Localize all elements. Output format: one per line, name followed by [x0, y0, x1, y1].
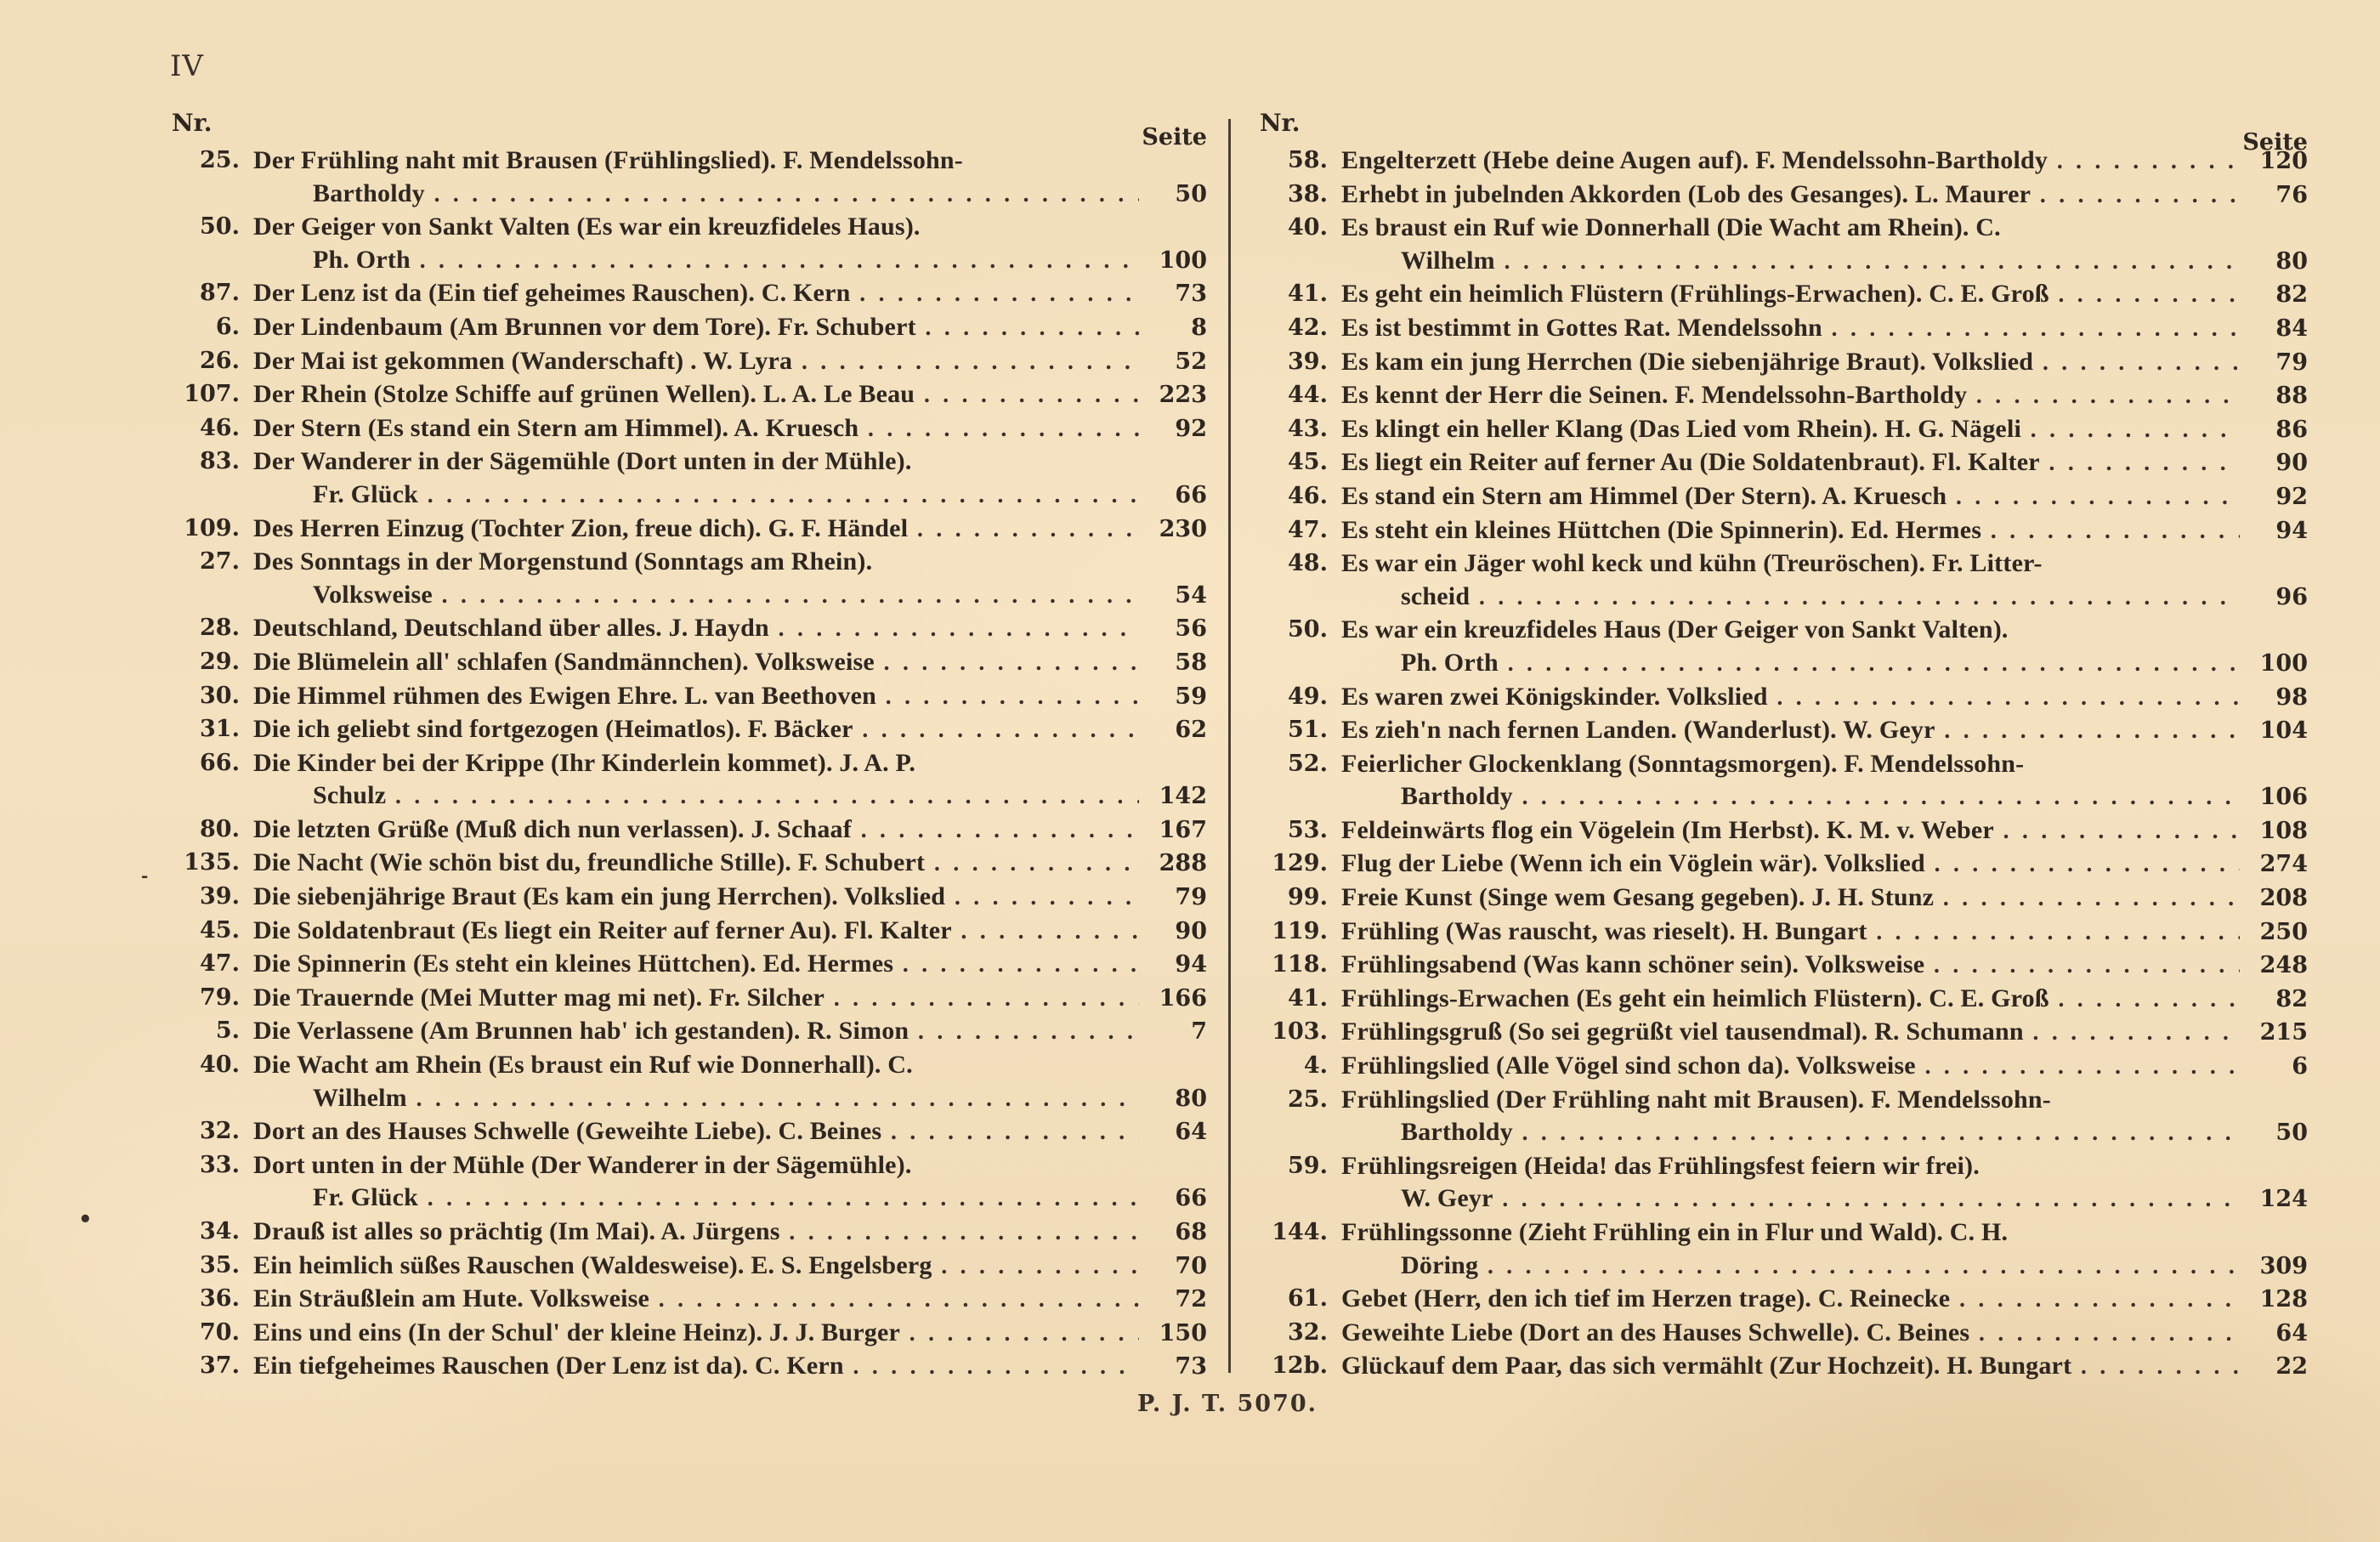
- dot-leader: ........................................…: [890, 1116, 1139, 1149]
- entry-title: Engelterzett (Hebe deine Augen auf). F. …: [1341, 145, 2048, 178]
- dot-leader: ........................................…: [1942, 882, 2240, 916]
- entry-title: Der Wanderer in der Sägemühle (Dort unte…: [253, 445, 912, 479]
- dot-leader: ........................................…: [1487, 1250, 2240, 1284]
- dot-leader: ........................................…: [1958, 1284, 2240, 1317]
- entry-line: Die Kinder bei der Krippe (Ihr Kinderlei…: [253, 747, 1207, 780]
- entry-line: Der Lenz ist da (Ein tief geheimes Rausc…: [253, 277, 1207, 311]
- index-entry: 29.Die Blümelein all' schlafen (Sandmänn…: [161, 646, 1207, 680]
- entry-page-number: 215: [2248, 1017, 2308, 1050]
- entry-page-number: 54: [1147, 580, 1207, 613]
- entry-title: Döring: [1401, 1250, 1478, 1283]
- entry-number: 135.: [161, 847, 240, 880]
- index-entry: 4.Frühlingslied (Alle Vögel sind schon d…: [1249, 1050, 2308, 1084]
- dot-leader: ........................................…: [1831, 313, 2240, 346]
- entry-page-number: 90: [2248, 447, 2308, 480]
- entry-number: 46.: [1249, 480, 1328, 513]
- index-entry: 80.Die letzten Grüße (Muß dich nun verla…: [161, 814, 1207, 848]
- entry-number: 31.: [161, 713, 240, 746]
- dot-leader: ........................................…: [902, 949, 1139, 982]
- index-entry: 33.Dort unten in der Mühle (Der Wanderer…: [161, 1149, 1207, 1216]
- dot-leader: ........................................…: [933, 848, 1139, 881]
- entry-page-number: 92: [1147, 413, 1207, 446]
- dot-leader: ........................................…: [2039, 179, 2240, 213]
- entry-continuation-line: Fr. Glück...............................…: [313, 1182, 1207, 1216]
- entry-title: Dort an des Hauses Schwelle (Geweihte Li…: [253, 1115, 881, 1148]
- dot-leader: ........................................…: [1502, 1183, 2240, 1216]
- dot-leader: ........................................…: [441, 580, 1139, 613]
- entry-number: 33.: [161, 1149, 240, 1182]
- entry-title: Der Lenz ist da (Ein tief geheimes Rausc…: [253, 277, 850, 310]
- index-entry: 50.Es war ein kreuzfideles Haus (Der Gei…: [1249, 614, 2308, 680]
- index-entry: 40.Die Wacht am Rhein (Es braust ein Ruf…: [161, 1049, 1207, 1115]
- entry-line: Es klingt ein heller Klang (Das Lied vom…: [1341, 413, 2308, 447]
- entry-line: Eins und eins (In der Schul' der kleine …: [253, 1317, 1207, 1351]
- entry-title: Es geht ein heimlich Flüstern (Frühlings…: [1341, 278, 2049, 311]
- entry-number: 70.: [161, 1317, 240, 1350]
- entry-line: Die Trauernde (Mei Mutter mag mi net). F…: [253, 982, 1207, 1016]
- entry-title: Es braust ein Ruf wie Donnerhall (Die Wa…: [1341, 212, 2001, 245]
- dot-leader: ........................................…: [860, 814, 1139, 848]
- entry-title: Feldeinwärts flog ein Vögelein (Im Herbs…: [1341, 814, 1994, 848]
- entry-title: Die ich geliebt sind fortgezogen (Heimat…: [253, 713, 853, 746]
- entry-title: Frühlingsabend (Was kann schöner sein). …: [1341, 949, 1924, 982]
- dot-leader: ........................................…: [1504, 246, 2240, 279]
- index-entry: 28.Deutschland, Deutschland über alles. …: [161, 612, 1207, 646]
- index-entry: 25.Frühlingslied (Der Frühling naht mit …: [1249, 1084, 2308, 1150]
- entry-number: 109.: [161, 513, 240, 546]
- entry-page-number: 50: [2248, 1117, 2308, 1150]
- index-entry: 52.Feierlicher Glockenklang (Sonntagsmor…: [1249, 748, 2308, 814]
- dot-leader: ........................................…: [1933, 950, 2240, 983]
- entry-title: Ein heimlich süßes Rauschen (Waldesweise…: [253, 1250, 932, 1283]
- entry-line: Es steht ein kleines Hüttchen (Die Spinn…: [1341, 514, 2308, 548]
- entry-line: Des Herren Einzug (Tochter Zion, freue d…: [253, 513, 1207, 547]
- entry-title: Die Himmel rühmen des Ewigen Ehre. L. va…: [253, 680, 876, 713]
- entry-continuation-line: Ph. Orth................................…: [313, 244, 1207, 278]
- entry-title: Der Lindenbaum (Am Brunnen vor dem Tore)…: [253, 311, 916, 344]
- dot-leader: ........................................…: [909, 1318, 1139, 1351]
- index-entry: 6.Der Lindenbaum (Am Brunnen vor dem Tor…: [161, 311, 1207, 345]
- entry-page-number: 72: [1147, 1284, 1207, 1317]
- dot-leader: ........................................…: [1975, 380, 2240, 413]
- entry-line: Geweihte Liebe (Dort an des Hauses Schwe…: [1341, 1317, 2308, 1351]
- entry-page-number: 100: [1147, 245, 1207, 278]
- index-entry: 107.Der Rhein (Stolze Schiffe auf grünen…: [161, 378, 1207, 412]
- entry-title: Bartholdy: [313, 178, 425, 211]
- entry-line: Es kennt der Herr die Seinen. F. Mendels…: [1341, 379, 2308, 413]
- index-entry: 37.Ein tiefgeheimes Rauschen (Der Lenz i…: [161, 1350, 1207, 1384]
- dot-leader: ........................................…: [925, 312, 1139, 345]
- index-entry: 58.Engelterzett (Hebe deine Augen auf). …: [1249, 145, 2308, 179]
- entry-number: 37.: [161, 1350, 240, 1383]
- entry-number: 99.: [1249, 882, 1328, 915]
- entry-continuation-line: Bartholdy...............................…: [1401, 1116, 2308, 1150]
- entry-line: Gebet (Herr, den ich tief im Herzen trag…: [1341, 1283, 2308, 1317]
- index-entry: 30.Die Himmel rühmen des Ewigen Ehre. L.…: [161, 680, 1207, 714]
- entry-title: W. Geyr: [1401, 1182, 1493, 1216]
- dot-leader: ........................................…: [2048, 447, 2240, 480]
- entry-line: Die Spinnerin (Es steht ein kleines Hütt…: [253, 948, 1207, 982]
- dot-leader: ........................................…: [1934, 848, 2240, 882]
- dot-leader: ........................................…: [801, 346, 1139, 379]
- entry-continuation-line: Döring..................................…: [1401, 1250, 2308, 1284]
- entry-number: 45.: [161, 915, 240, 948]
- entry-line: Flug der Liebe (Wenn ich ein Vöglein wär…: [1341, 848, 2308, 882]
- index-entry: 87.Der Lenz ist da (Ein tief geheimes Ra…: [161, 277, 1207, 311]
- dot-leader: ........................................…: [916, 513, 1139, 547]
- index-entry: 41.Es geht ein heimlich Flüstern (Frühli…: [1249, 278, 2308, 312]
- entry-line: Die ich geliebt sind fortgezogen (Heimat…: [253, 713, 1207, 747]
- dot-leader: ........................................…: [427, 1182, 1139, 1216]
- entry-number: 52.: [1249, 748, 1328, 781]
- entry-number: 39.: [161, 881, 240, 914]
- index-entry: 38.Erhebt in jubelnden Akkorden (Lob des…: [1249, 179, 2308, 213]
- entry-line: Ein Sträußlein am Hute. Volksweise......…: [253, 1283, 1207, 1317]
- dot-leader: ........................................…: [416, 1083, 1139, 1116]
- entry-line: Die Blümelein all' schlafen (Sandmännche…: [253, 646, 1207, 680]
- entry-page-number: 94: [1147, 949, 1207, 982]
- entry-line: Die Soldatenbraut (Es liegt ein Reiter a…: [253, 915, 1207, 949]
- dot-leader: ........................................…: [923, 379, 1139, 412]
- entry-title: Des Herren Einzug (Tochter Zion, freue d…: [253, 513, 908, 546]
- entry-continuation-line: Bartholdy...............................…: [1401, 780, 2308, 814]
- dot-leader: ........................................…: [1990, 515, 2240, 548]
- dot-leader: ........................................…: [2080, 1351, 2240, 1384]
- entry-number: 35.: [161, 1250, 240, 1283]
- index-entry: 40.Es braust ein Ruf wie Donnerhall (Die…: [1249, 212, 2308, 278]
- entry-continuation-line: Wilhelm.................................…: [1401, 245, 2308, 279]
- entry-page-number: 124: [2248, 1183, 2308, 1216]
- entry-line: Der Mai ist gekommen (Wanderschaft) . W.…: [253, 345, 1207, 379]
- entry-page-number: 73: [1147, 278, 1207, 311]
- entry-line: Die siebenjährige Braut (Es kam ein jung…: [253, 881, 1207, 915]
- index-entry: 144.Frühlingssonne (Zieht Frühling ein i…: [1249, 1216, 2308, 1283]
- entry-number: 83.: [161, 445, 240, 479]
- entry-continuation-line: Wilhelm.................................…: [313, 1082, 1207, 1116]
- dot-leader: ........................................…: [433, 179, 1139, 212]
- entry-number: 118.: [1249, 949, 1328, 982]
- index-entry: 42.Es ist bestimmt in Gottes Rat. Mendel…: [1249, 312, 2308, 346]
- entry-line: Die letzten Grüße (Muß dich nun verlasse…: [253, 814, 1207, 848]
- index-entry: 31.Die ich geliebt sind fortgezogen (Hei…: [161, 713, 1207, 747]
- entry-number: 79.: [161, 982, 240, 1015]
- entry-title: Flug der Liebe (Wenn ich ein Vöglein wär…: [1341, 848, 1925, 881]
- dot-leader: ........................................…: [1507, 648, 2240, 681]
- entry-page-number: 82: [2248, 279, 2308, 312]
- entry-title: Wilhelm: [1401, 245, 1495, 278]
- index-entry: 25.Der Frühling naht mit Brausen (Frühli…: [161, 145, 1207, 211]
- entry-line: Es geht ein heimlich Flüstern (Frühlings…: [1341, 278, 2308, 312]
- entry-number: 43.: [1249, 413, 1328, 446]
- entry-title: Es stand ein Stern am Himmel (Der Stern)…: [1341, 480, 1946, 513]
- entry-line: Frühlingsgruß (So sei gegrüßt viel tause…: [1341, 1016, 2308, 1050]
- dot-leader: ........................................…: [1955, 481, 2240, 514]
- dot-leader: ........................................…: [2042, 347, 2240, 380]
- dot-leader: ........................................…: [658, 1284, 1139, 1317]
- index-entry: 103.Frühlingsgruß (So sei gegrüßt viel t…: [1249, 1016, 2308, 1050]
- entry-number: 26.: [161, 345, 240, 378]
- entry-number: 40.: [1249, 212, 1328, 245]
- entry-number: 119.: [1249, 916, 1328, 949]
- entry-page-number: 79: [2248, 347, 2308, 380]
- entry-title: Bartholdy: [1401, 780, 1513, 814]
- entry-continuation-line: Volksweise..............................…: [313, 579, 1207, 613]
- entry-page-number: 84: [2248, 313, 2308, 346]
- entry-number: 53.: [1249, 814, 1328, 848]
- index-entry: 46.Der Stern (Es stand ein Stern am Himm…: [161, 412, 1207, 446]
- entry-title: Deutschland, Deutschland über alles. J. …: [253, 612, 769, 645]
- entry-page-number: 66: [1147, 1182, 1207, 1216]
- dot-leader: ........................................…: [1978, 1318, 2240, 1351]
- index-entry: 135.Die Nacht (Wie schön bist du, freund…: [161, 847, 1207, 881]
- entry-number: 107.: [161, 378, 240, 411]
- index-entry: 46.Es stand ein Stern am Himmel (Der Ste…: [1249, 480, 2308, 514]
- entry-page-number: 7: [1147, 1016, 1207, 1049]
- entry-title: Volksweise: [313, 579, 433, 612]
- entry-title: Die Spinnerin (Es steht ein kleines Hütt…: [253, 948, 893, 981]
- entry-page-number: 66: [1147, 479, 1207, 513]
- dot-leader: ........................................…: [2058, 984, 2240, 1017]
- entry-page-number: 223: [1147, 379, 1207, 412]
- entry-number: 27.: [161, 546, 240, 579]
- index-entry: 83.Der Wanderer in der Sägemühle (Dort u…: [161, 445, 1207, 512]
- dot-leader: ........................................…: [778, 613, 1139, 646]
- index-entry: 118.Frühlingsabend (Was kann schöner sei…: [1249, 949, 2308, 983]
- entry-line: Es stand ein Stern am Himmel (Der Stern)…: [1341, 480, 2308, 514]
- entry-page-number: 100: [2248, 648, 2308, 681]
- entry-number: 66.: [161, 747, 240, 780]
- entry-line: Die Wacht am Rhein (Es braust ein Ruf wi…: [253, 1049, 1207, 1082]
- index-entry: 129.Flug der Liebe (Wenn ich ein Vöglein…: [1249, 848, 2308, 882]
- entry-page-number: 73: [1147, 1351, 1207, 1384]
- entry-page-number: 108: [2248, 815, 2308, 848]
- index-entry: 47.Die Spinnerin (Es steht ein kleines H…: [161, 948, 1207, 982]
- entry-number: 12b.: [1249, 1350, 1328, 1383]
- index-entry: 119.Frühling (Was rauscht, was rieselt).…: [1249, 916, 2308, 950]
- entry-line: Frühlingsreigen (Heida! das Frühlingsfes…: [1341, 1150, 2308, 1183]
- entry-line: Der Geiger von Sankt Valten (Es war ein …: [253, 211, 1207, 244]
- entry-page-number: 80: [2248, 246, 2308, 279]
- index-entry: 34.Drauß ist alles so prächtig (Im Mai).…: [161, 1216, 1207, 1250]
- entry-title: Dort unten in der Mühle (Der Wanderer in…: [253, 1149, 912, 1182]
- entry-page-number: 104: [2248, 715, 2308, 748]
- entry-number: 36.: [161, 1283, 240, 1316]
- entry-line: Deutschland, Deutschland über alles. J. …: [253, 612, 1207, 646]
- entry-title: Die Wacht am Rhein (Es braust ein Ruf wi…: [253, 1049, 913, 1082]
- entry-page-number: 250: [2248, 916, 2308, 950]
- entry-line: Freie Kunst (Singe wem Gesang gegeben). …: [1341, 882, 2308, 916]
- entry-title: Es steht ein kleines Hüttchen (Die Spinn…: [1341, 514, 1981, 547]
- entry-title: Frühlingslied (Alle Vögel sind schon da)…: [1341, 1050, 1916, 1083]
- margin-dot-mark: •: [78, 1207, 93, 1233]
- entry-page-number: 274: [2248, 848, 2308, 882]
- dot-leader: ........................................…: [853, 1351, 1139, 1384]
- entry-page-number: 68: [1147, 1216, 1207, 1250]
- entry-number: 58.: [1249, 145, 1328, 178]
- entry-page-number: 82: [2248, 984, 2308, 1017]
- entry-number: 32.: [161, 1115, 240, 1148]
- entry-page-number: 88: [2248, 380, 2308, 413]
- entry-page-number: 208: [2248, 882, 2308, 916]
- entry-title: Eins und eins (In der Schul' der kleine …: [253, 1317, 900, 1350]
- entry-line: Der Wanderer in der Sägemühle (Dort unte…: [253, 445, 1207, 479]
- entry-line: Es liegt ein Reiter auf ferner Au (Die S…: [1341, 446, 2308, 480]
- entry-page-number: 98: [2248, 682, 2308, 715]
- index-entry: 79.Die Trauernde (Mei Mutter mag mi net)…: [161, 982, 1207, 1016]
- entry-number: 32.: [1249, 1317, 1328, 1350]
- entry-title: Es war ein Jäger wohl keck und kühn (Tre…: [1341, 547, 2043, 581]
- entry-title: Fr. Glück: [313, 1182, 418, 1215]
- entry-page-number: 248: [2248, 950, 2308, 983]
- entry-title: Es ist bestimmt in Gottes Rat. Mendelsso…: [1341, 312, 1822, 345]
- entry-number: 45.: [1249, 446, 1328, 479]
- index-entry: 45.Die Soldatenbraut (Es liegt ein Reite…: [161, 915, 1207, 949]
- entry-page-number: 56: [1147, 613, 1207, 646]
- index-entry: 26.Der Mai ist gekommen (Wanderschaft) .…: [161, 345, 1207, 379]
- entry-number: 5.: [161, 1015, 240, 1048]
- entry-title: Der Mai ist gekommen (Wanderschaft) . W.…: [253, 345, 792, 378]
- entry-title: Geweihte Liebe (Dort an des Hauses Schwe…: [1341, 1317, 1969, 1350]
- entry-page-number: 96: [2248, 581, 2308, 615]
- header-nr: Nr.: [172, 109, 212, 137]
- entry-number: 48.: [1249, 547, 1328, 581]
- dot-leader: ........................................…: [1776, 682, 2240, 715]
- entry-page-number: 106: [2248, 781, 2308, 814]
- entry-title: Die Kinder bei der Krippe (Ihr Kinderlei…: [253, 747, 915, 780]
- entry-number: 30.: [161, 680, 240, 713]
- entry-page-number: 79: [1147, 882, 1207, 915]
- entry-line: Frühling (Was rauscht, was rieselt). H. …: [1341, 916, 2308, 950]
- entry-line: Es war ein Jäger wohl keck und kühn (Tre…: [1341, 547, 2308, 581]
- entry-page-number: 62: [1147, 714, 1207, 747]
- entry-page-number: 6: [2248, 1051, 2308, 1084]
- entry-number: 41.: [1249, 278, 1328, 311]
- entry-page-number: 90: [1147, 916, 1207, 949]
- entry-line: Frühlingslied (Alle Vögel sind schon da)…: [1341, 1050, 2308, 1084]
- dot-leader: ........................................…: [885, 681, 1139, 714]
- entry-page-number: 142: [1147, 780, 1207, 814]
- entry-title: Es kennt der Herr die Seinen. F. Mendels…: [1341, 379, 1967, 412]
- index-entry: 99.Freie Kunst (Singe wem Gesang gegeben…: [1249, 882, 2308, 916]
- entry-page-number: 58: [1147, 647, 1207, 680]
- entry-title: Die Soldatenbraut (Es liegt ein Reiter a…: [253, 915, 952, 948]
- index-entry: 32.Geweihte Liebe (Dort an des Hauses Sc…: [1249, 1317, 2308, 1351]
- dot-leader: ........................................…: [2058, 279, 2240, 312]
- entry-page-number: 64: [2248, 1318, 2308, 1351]
- entry-title: Frühlingslied (Der Frühling naht mit Bra…: [1341, 1084, 2051, 1117]
- entry-line: Der Stern (Es stand ein Stern am Himmel)…: [253, 412, 1207, 446]
- entry-number: 47.: [161, 948, 240, 981]
- entry-number: 59.: [1249, 1150, 1328, 1183]
- entry-page-number: 288: [1147, 848, 1207, 881]
- entry-line: Drauß ist alles so prächtig (Im Mai). A.…: [253, 1216, 1207, 1250]
- entry-number: 51.: [1249, 714, 1328, 747]
- dot-leader: ........................................…: [1521, 1117, 2240, 1150]
- dot-leader: ........................................…: [1924, 1051, 2240, 1084]
- dot-leader: ........................................…: [394, 780, 1139, 814]
- entry-line: Frühlingslied (Der Frühling naht mit Bra…: [1341, 1084, 2308, 1117]
- entry-title: Der Geiger von Sankt Valten (Es war ein …: [253, 211, 921, 244]
- entry-title: Wilhelm: [313, 1082, 407, 1115]
- entry-title: Es klingt ein heller Klang (Das Lied vom…: [1341, 413, 2021, 446]
- index-entry: 66.Die Kinder bei der Krippe (Ihr Kinder…: [161, 747, 1207, 814]
- index-entry: 109.Des Herren Einzug (Tochter Zion, fre…: [161, 513, 1207, 547]
- entry-title: scheid: [1401, 581, 1470, 614]
- dot-leader: ........................................…: [1521, 781, 2240, 814]
- dot-leader: ........................................…: [867, 413, 1139, 446]
- index-entry: 36.Ein Sträußlein am Hute. Volksweise...…: [161, 1283, 1207, 1317]
- entry-number: 80.: [161, 814, 240, 847]
- entry-line: Frühlingsabend (Was kann schöner sein). …: [1341, 949, 2308, 983]
- entry-line: Die Verlassene (Am Brunnen hab' ich gest…: [253, 1015, 1207, 1049]
- entry-number: 129.: [1249, 848, 1328, 881]
- index-entry: 41.Frühlings-Erwachen (Es geht ein heiml…: [1249, 983, 2308, 1017]
- entry-line: Engelterzett (Hebe deine Augen auf). F. …: [1341, 145, 2308, 179]
- dot-leader: ........................................…: [954, 882, 1139, 915]
- entry-title: Ein tiefgeheimes Rauschen (Der Lenz ist …: [253, 1350, 844, 1383]
- index-entry: 12b.Glückauf dem Paar, das sich vermählt…: [1249, 1350, 2308, 1384]
- entry-page-number: 80: [1147, 1083, 1207, 1116]
- index-entry: 32.Dort an des Hauses Schwelle (Geweihte…: [161, 1115, 1207, 1149]
- entry-line: Es kam ein jung Herrchen (Die siebenjähr…: [1341, 346, 2308, 380]
- entry-line: Die Himmel rühmen des Ewigen Ehre. L. va…: [253, 680, 1207, 714]
- entry-line: Frühlingssonne (Zieht Frühling ein in Fl…: [1341, 1216, 2308, 1250]
- entry-line: Erhebt in jubelnden Akkorden (Lob des Ge…: [1341, 179, 2308, 213]
- entry-title: Es liegt ein Reiter auf ferner Au (Die S…: [1341, 446, 2040, 479]
- entry-number: 6.: [161, 311, 240, 344]
- index-entry: 27.Des Sonntags in der Morgenstund (Sonn…: [161, 546, 1207, 612]
- index-entry: 47.Es steht ein kleines Hüttchen (Die Sp…: [1249, 514, 2308, 548]
- entry-page-number: 50: [1147, 179, 1207, 212]
- index-entry: 49.Es waren zwei Königskinder. Volkslied…: [1249, 681, 2308, 715]
- entry-number: 42.: [1249, 312, 1328, 345]
- index-entry: 43.Es klingt ein heller Klang (Das Lied …: [1249, 413, 2308, 447]
- entry-page-number: 150: [1147, 1318, 1207, 1351]
- entry-page-number: 76: [2248, 179, 2308, 213]
- index-entry: 45.Es liegt ein Reiter auf ferner Au (Di…: [1249, 446, 2308, 480]
- index-entry: 44.Es kennt der Herr die Seinen. F. Mend…: [1249, 379, 2308, 413]
- column-header: Nr. Seite: [1249, 109, 2308, 145]
- index-list: 25.Der Frühling naht mit Brausen (Frühli…: [161, 145, 1207, 1384]
- dot-leader: ........................................…: [917, 1016, 1139, 1049]
- entry-continuation-line: scheid..................................…: [1401, 581, 2308, 615]
- entry-line: Ein tiefgeheimes Rauschen (Der Lenz ist …: [253, 1350, 1207, 1384]
- entry-page-number: 8: [1147, 312, 1207, 345]
- dot-leader: ........................................…: [2056, 145, 2240, 179]
- entry-number: 44.: [1249, 379, 1328, 412]
- entry-title: Drauß ist alles so prächtig (Im Mai). A.…: [253, 1216, 780, 1249]
- index-entry: 59.Frühlingsreigen (Heida! das Frühlings…: [1249, 1150, 2308, 1216]
- entry-line: Es zieh'n nach fernen Landen. (Wanderlus…: [1341, 714, 2308, 748]
- index-entry: 39.Es kam ein jung Herrchen (Die siebenj…: [1249, 346, 2308, 380]
- entry-title: Freie Kunst (Singe wem Gesang gegeben). …: [1341, 882, 1934, 915]
- entry-line: Es waren zwei Königskinder. Volkslied...…: [1341, 681, 2308, 715]
- dot-leader: ........................................…: [960, 916, 1139, 949]
- entry-number: 49.: [1249, 681, 1328, 714]
- entry-line: Es ist bestimmt in Gottes Rat. Mendelsso…: [1341, 312, 2308, 346]
- dot-leader: ........................................…: [833, 983, 1139, 1016]
- entry-title: Der Frühling naht mit Brausen (Frühlings…: [253, 145, 963, 178]
- entry-title: Frühlingsgruß (So sei gegrüßt viel tause…: [1341, 1016, 2024, 1049]
- margin-dash-mark: -: [141, 865, 148, 886]
- entry-page-number: 59: [1147, 681, 1207, 714]
- entry-title: Es war ein kreuzfideles Haus (Der Geiger…: [1341, 614, 2009, 647]
- entry-continuation-line: Ph. Orth................................…: [1401, 647, 2308, 681]
- entry-number: 87.: [161, 277, 240, 310]
- entry-title: Der Rhein (Stolze Schiffe auf grünen Wel…: [253, 378, 915, 411]
- entry-line: Dort an des Hauses Schwelle (Geweihte Li…: [253, 1115, 1207, 1149]
- entry-line: Die Nacht (Wie schön bist du, freundlich…: [253, 847, 1207, 881]
